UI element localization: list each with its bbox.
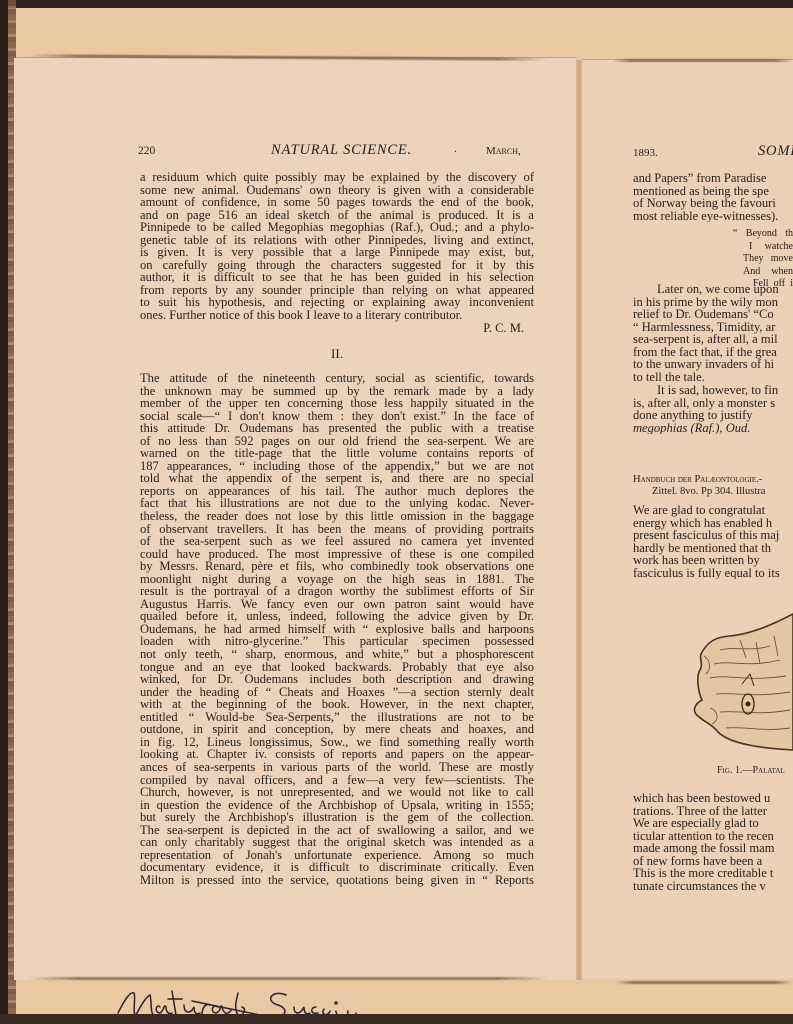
text-line: documentary evidence, it is difficult to… xyxy=(140,861,534,874)
text-line: winked, for Dr. Oudemans includes both d… xyxy=(140,673,534,686)
text-line: Later on, we come upon xyxy=(633,283,793,296)
text-line: result is the portrayal of a dragon wort… xyxy=(140,585,534,598)
text-line: a residuum which quite possibly may be e… xyxy=(140,171,534,184)
text-line: fasciculus is fully equal to its xyxy=(633,567,793,580)
page-number: 220 xyxy=(138,145,155,157)
text-line: by Messrs. Renard, père et fils, who com… xyxy=(140,560,534,573)
text-line: and Papers” from Paradise xyxy=(633,172,793,185)
review-heading-line-2: Zittel. 8vo. Pp 304. Illustra xyxy=(652,486,793,499)
scan-top-edge xyxy=(0,0,793,8)
running-head-separator: . xyxy=(454,143,457,155)
text-line: The attitude of the nineteenth century, … xyxy=(140,372,534,385)
text-line: ances of sea-serpents in various parts o… xyxy=(140,761,534,774)
right-page-top-edge xyxy=(612,59,793,62)
text-line: Milton is pressed into the service, quot… xyxy=(140,874,534,887)
text-line: Pinnipede to be called Megophias megophi… xyxy=(140,221,534,234)
right-review-body: We are glad to congratulat energy which … xyxy=(633,504,793,579)
text-line: outdone, in spirit and conception, by me… xyxy=(140,723,534,736)
text-line: It is sad, however, to fin xyxy=(633,384,793,397)
right-page-title-fragment: SOMI xyxy=(758,143,793,160)
fossil-skull-illustration xyxy=(690,612,793,760)
right-page-year: 1893. xyxy=(633,147,658,159)
text-line: can only charitably suggest that the ori… xyxy=(140,836,534,849)
section-heading: II. xyxy=(140,348,534,361)
text-line: of Norway being the favouri xyxy=(633,197,793,210)
text-line: warned on the title-page that the little… xyxy=(140,447,534,460)
journal-title: NATURAL SCIENCE. xyxy=(271,142,412,159)
scan-left-edge xyxy=(0,0,8,1024)
text-line: is given. It is very possible that a lar… xyxy=(140,246,534,259)
text-line: member of the upper ten concerning those… xyxy=(140,397,534,410)
text-line: relief to Dr. Oudemans' “Co xyxy=(633,308,793,321)
poem-line: They move xyxy=(733,254,793,267)
text-line: done anything to justify xyxy=(633,409,793,422)
running-head-month: March, xyxy=(486,145,521,157)
figure-caption: Fig. 1.—Palatal xyxy=(717,765,793,776)
text-line: present fasciculus of this maj xyxy=(633,529,793,542)
text-line: sea-serpent is, after all, a mil xyxy=(633,333,793,346)
right-paragraph-two: Later on, we come upon in his prime by t… xyxy=(633,283,793,383)
review-heading-line-1: Handbuch der Palæontologie.- xyxy=(633,474,793,487)
text-line: not only teeth, “ sharp, enormous, and w… xyxy=(140,648,534,661)
scan-bottom-edge xyxy=(0,1014,793,1024)
right-after-figure: which has been bestowed u trations. Thre… xyxy=(633,792,793,892)
right-continuation: and Papers” from Paradise mentioned as b… xyxy=(633,172,793,222)
text-line: ones. Further notice of this book I leav… xyxy=(140,309,534,322)
text-line: with at the beginning of the book. Howev… xyxy=(140,698,534,711)
text-line: which has been bestowed u xyxy=(633,792,793,805)
text-line: but surely the Archbishop's illustration… xyxy=(140,811,534,824)
review-signature: P. C. M. xyxy=(140,322,534,335)
review-end-paragraph: a residuum which quite possibly may be e… xyxy=(140,171,534,334)
right-page-bottom-edge xyxy=(615,981,793,984)
text-line: made among the fossil mam xyxy=(633,842,793,855)
text-line: This is the more creditable t xyxy=(633,867,793,880)
text-line: megophias (Raf.), Oud. xyxy=(633,422,793,435)
text-line: to tell the tale. xyxy=(633,371,793,384)
text-line: We are especially glad to xyxy=(633,817,793,830)
text-line: amount of confidence, in some 50 pages t… xyxy=(140,196,534,209)
poem-line: “ Beyond th xyxy=(733,229,793,242)
text-line: this attitude Dr. Oudemans has presented… xyxy=(140,422,534,435)
text-line: We are glad to congratulat xyxy=(633,504,793,517)
text-line: Church, however, is not unrepresented, a… xyxy=(140,786,534,799)
text-line: tunate circumstances the v xyxy=(633,880,793,893)
text-line: to the unwary invaders of hi xyxy=(633,358,793,371)
section-two-body: The attitude of the nineteenth century, … xyxy=(140,372,534,886)
text-line: theless, the reader does not lose by thi… xyxy=(140,510,534,523)
text-line: most reliable eye-witnesses). xyxy=(633,210,793,223)
text-line: work has been written by xyxy=(633,554,793,567)
left-page-bottom-edge xyxy=(28,977,548,980)
skull-drawing-icon xyxy=(690,612,793,760)
text-line: of the sea-serpent such as we feel assur… xyxy=(140,535,534,548)
right-paragraph-three: It is sad, however, to fin is, after all… xyxy=(633,384,793,434)
